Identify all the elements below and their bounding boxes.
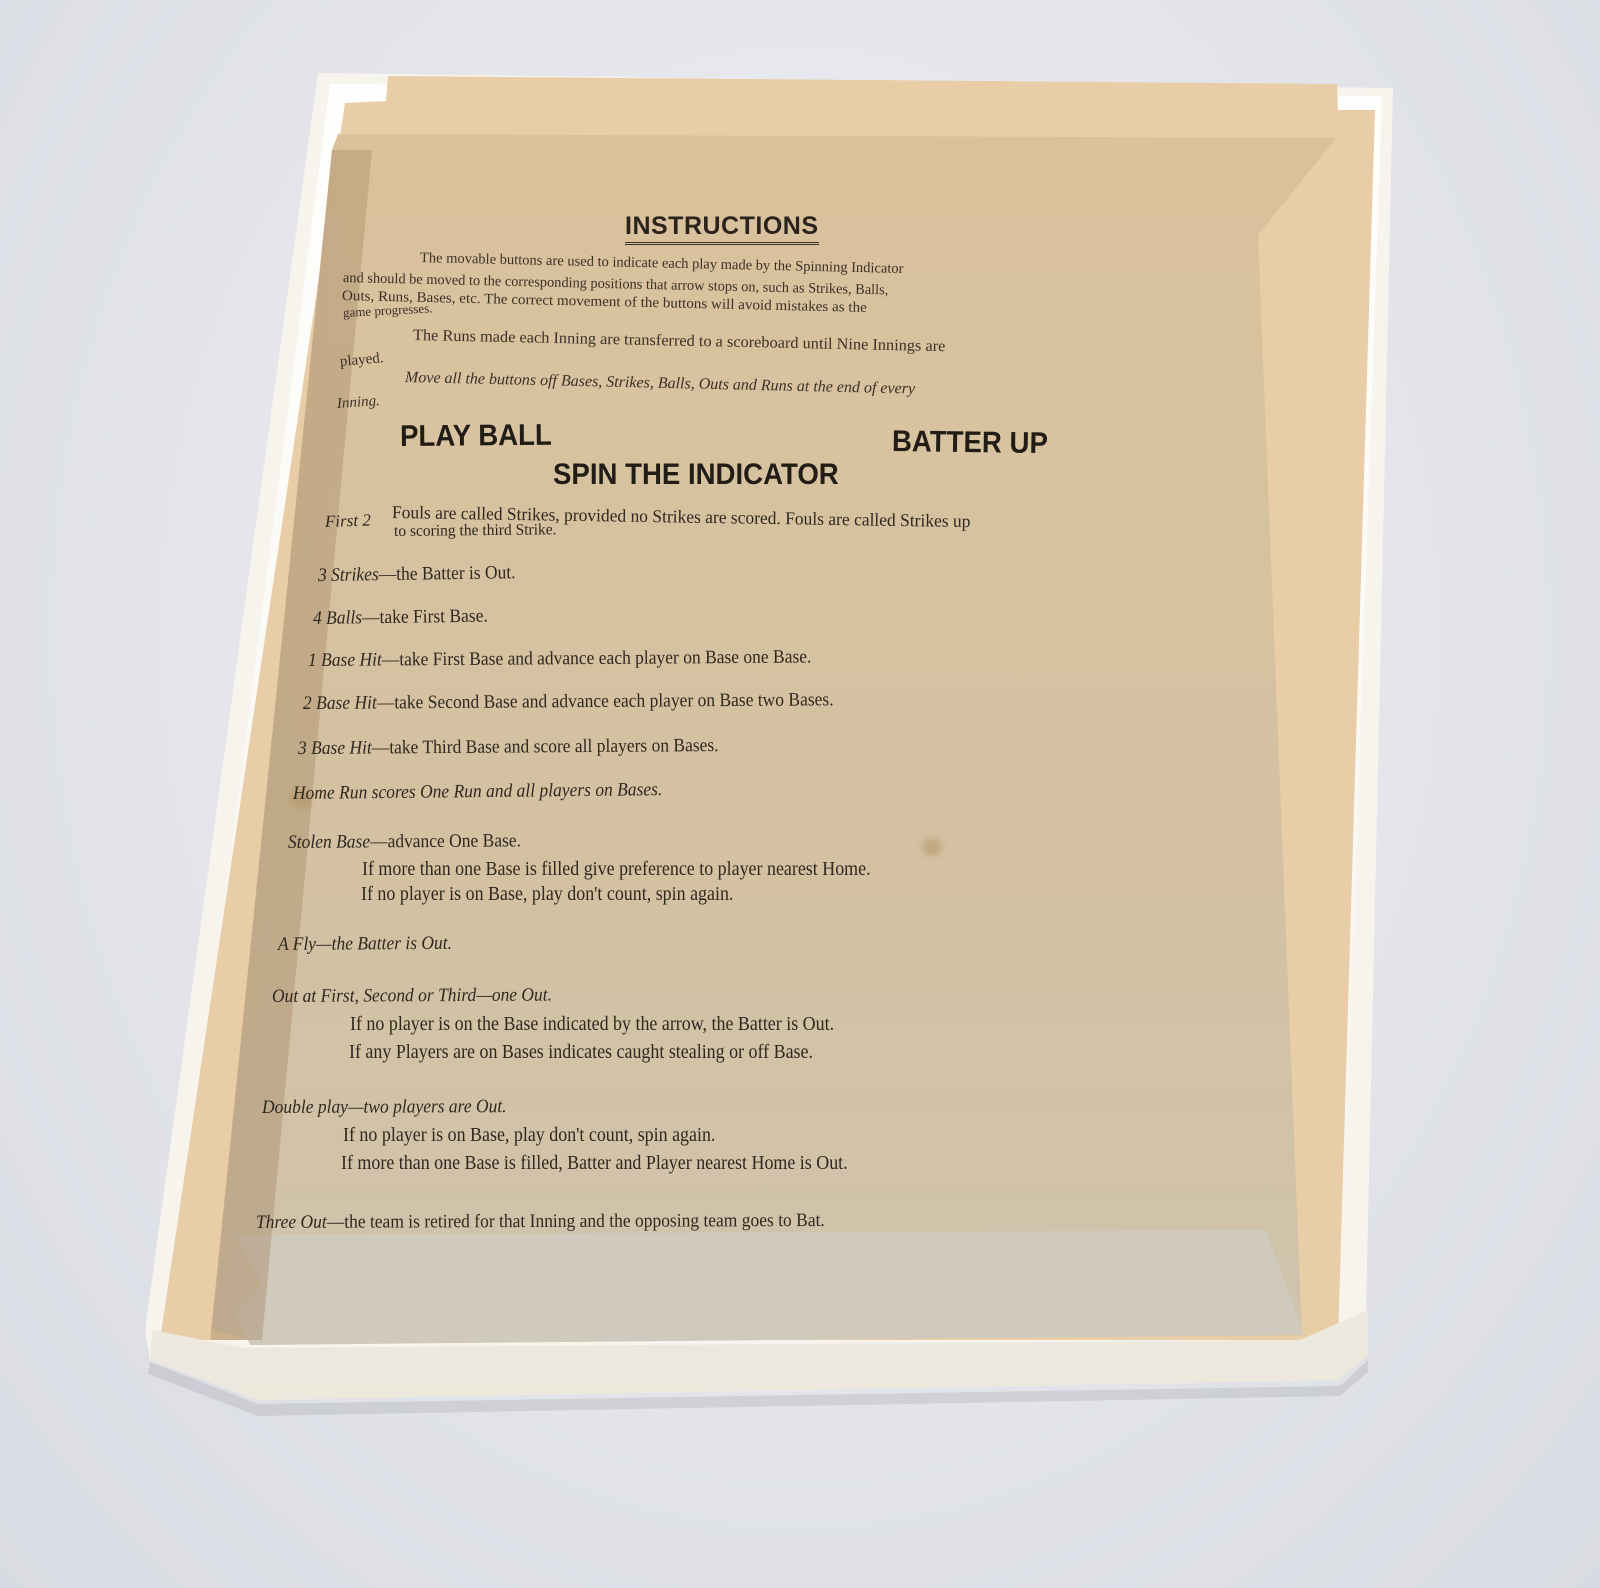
instructions-text: INSTRUCTIONS The movable buttons are use… bbox=[0, 0, 1600, 1588]
rule-double-play-note: If no player is on Base, play don't coun… bbox=[343, 1125, 715, 1147]
rule-3-strikes: 3 Strikes—the Batter is Out. bbox=[318, 562, 516, 587]
rule-stolen-base-note: If no player is on Base, play don't coun… bbox=[361, 884, 733, 906]
rule-double-play: Double play—two players are Out. bbox=[262, 1096, 507, 1119]
rule-three-out: Three Out—the team is retired for that I… bbox=[256, 1210, 825, 1234]
intro-line: played. bbox=[339, 350, 384, 371]
headline-spin-indicator: SPIN THE INDICATOR bbox=[553, 458, 839, 492]
rule-2-base-hit: 2 Base Hit—take Second Base and advance … bbox=[303, 689, 834, 715]
rule-label: First 2 bbox=[325, 510, 371, 532]
fouls-rule-text: to scoring the third Strike. bbox=[394, 521, 557, 541]
rule-stolen-base-note: If more than one Base is filled give pre… bbox=[362, 859, 871, 881]
rule-double-play-note: If more than one Base is filled, Batter … bbox=[341, 1153, 848, 1175]
rule-stolen-base: Stolen Base—advance One Base. bbox=[288, 830, 521, 854]
fouls-rule-label: First 2 bbox=[325, 510, 371, 531]
intro-line: game progresses. bbox=[343, 300, 433, 321]
headline-play-ball: PLAY BALL bbox=[400, 419, 552, 454]
rule-1-base-hit: 1 Base Hit—take First Base and advance e… bbox=[308, 646, 812, 672]
rule-home-run: Home Run scores One Run and all players … bbox=[293, 779, 663, 805]
intro-line: Move all the buttons off Bases, Strikes,… bbox=[405, 369, 915, 399]
rule-out-at-base-note: If no player is on the Base indicated by… bbox=[350, 1014, 834, 1036]
intro-line: Inning. bbox=[336, 393, 380, 413]
rule-out-at-base-note: If any Players are on Bases indicates ca… bbox=[349, 1042, 813, 1064]
intro-line: The Runs made each Inning are transferre… bbox=[413, 327, 946, 356]
headline-batter-up: BATTER UP bbox=[892, 425, 1048, 461]
rule-out-at-base: Out at First, Second or Third—one Out. bbox=[272, 985, 552, 1008]
rule-4-balls: 4 Balls—take First Base. bbox=[313, 606, 488, 630]
rule-3-base-hit: 3 Base Hit—take Third Base and score all… bbox=[298, 735, 719, 760]
document-title: INSTRUCTIONS bbox=[625, 212, 819, 245]
rule-fly-out: A Fly—the Batter is Out. bbox=[278, 933, 452, 956]
